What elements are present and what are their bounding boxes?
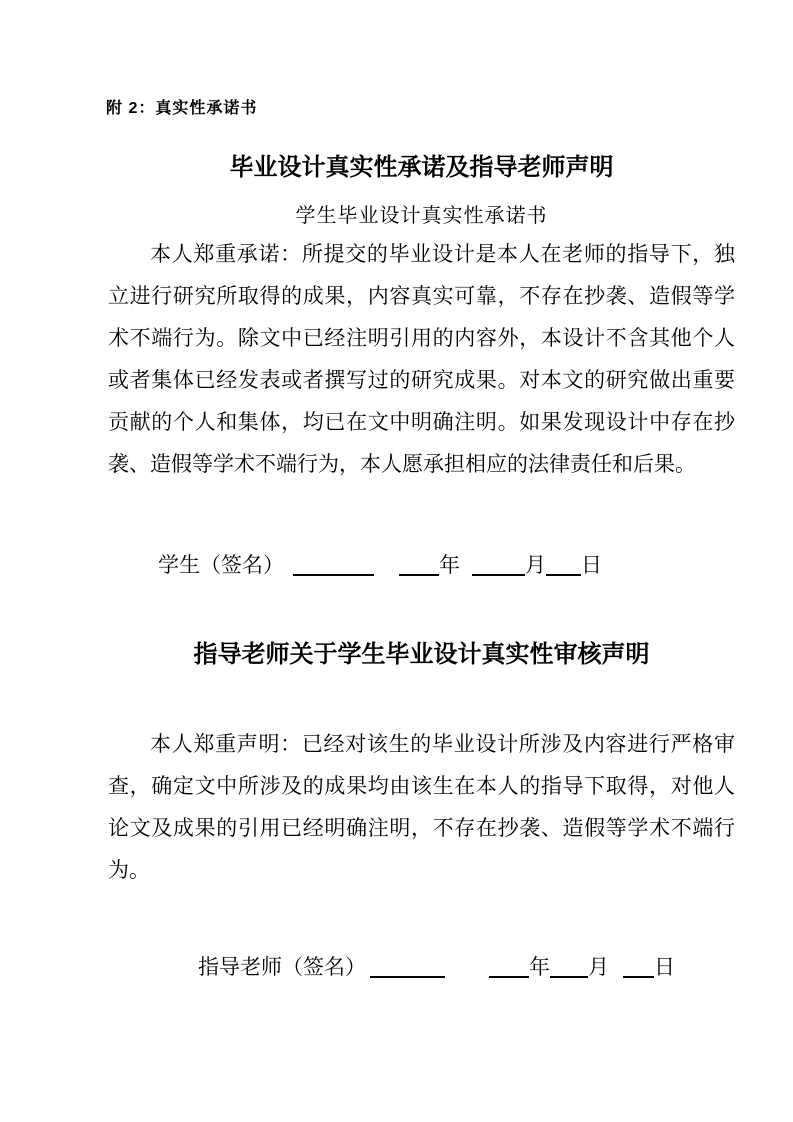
advisor-month-blank [550, 955, 588, 978]
advisor-year-label: 年 [529, 955, 550, 979]
student-day-blank [546, 553, 581, 576]
main-title: 毕业设计真实性承诺及指导老师声明 [108, 147, 735, 182]
attachment-label: 附 2：真实性承诺书 [106, 95, 257, 118]
advisor-month-label: 月 [588, 955, 609, 979]
student-signature-label: 学生（签名） [158, 553, 284, 577]
advisor-signature-blank [370, 955, 445, 978]
advisor-day-blank [623, 955, 654, 978]
student-signature-line: 学生（签名）年月日 [158, 549, 602, 579]
document-page: 附 2：真实性承诺书 毕业设计真实性承诺及指导老师声明 学生毕业设计真实性承诺书… [0, 0, 793, 1122]
advisor-day-label: 日 [654, 955, 675, 979]
student-year-label: 年 [439, 553, 460, 577]
advisor-signature-label: 指导老师（签名） [198, 955, 366, 979]
student-month-blank [472, 553, 525, 576]
student-signature-blank [293, 553, 374, 576]
student-commitment-body: 本人郑重承诺：所提交的毕业设计是本人在老师的指导下，独立进行研究所取得的成果，内… [108, 233, 735, 485]
student-commitment-subtitle: 学生毕业设计真实性承诺书 [108, 199, 735, 228]
student-year-blank [399, 553, 439, 576]
advisor-year-blank [489, 955, 529, 978]
student-day-label: 日 [581, 553, 602, 577]
student-month-label: 月 [525, 553, 546, 577]
advisor-statement-body: 本人郑重声明：已经对该生的毕业设计所涉及内容进行严格审查，确定文中所涉及的成果均… [108, 723, 735, 891]
advisor-signature-line: 指导老师（签名）年月日 [198, 951, 675, 981]
advisor-statement-heading: 指导老师关于学生毕业设计真实性审核声明 [108, 634, 735, 669]
